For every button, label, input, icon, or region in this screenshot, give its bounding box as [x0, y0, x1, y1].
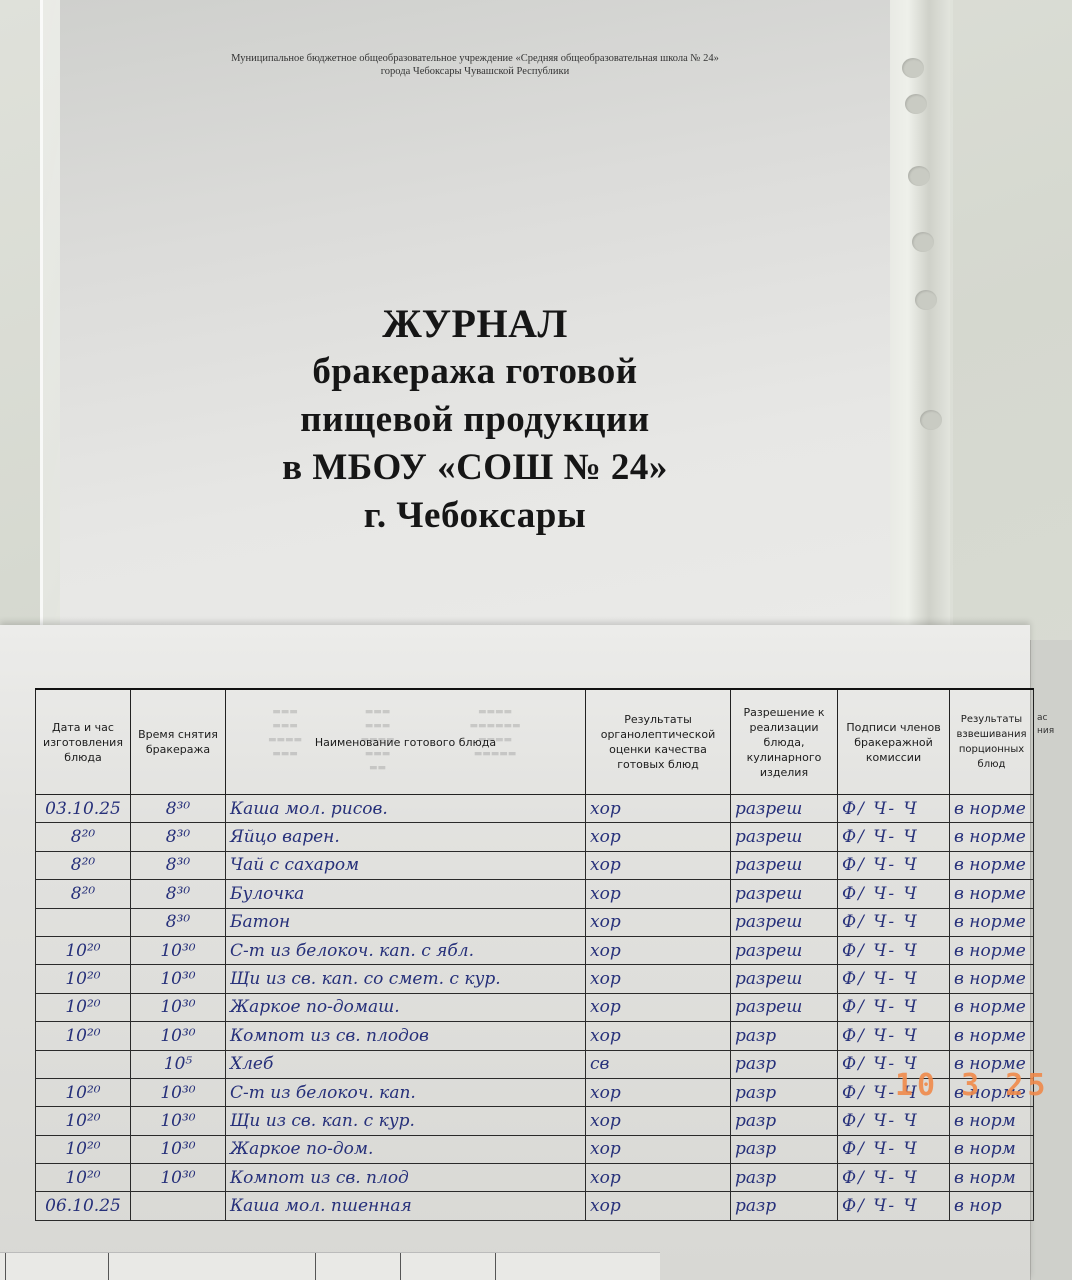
- cell-weighing: в норме: [950, 965, 1034, 993]
- punch-hole: [908, 166, 930, 186]
- cell-time: 10³⁰: [131, 1135, 226, 1163]
- cell-dish: С-т из белокоч. кап.: [226, 1078, 586, 1106]
- cell-weighing: в норме: [950, 936, 1034, 964]
- cell-organoleptic: хор: [586, 880, 731, 908]
- cell-weighing: в норме: [950, 795, 1034, 823]
- cell-weighing: в норм: [950, 1135, 1034, 1163]
- table-row: 8²⁰8³⁰Чай с сахаромхорразрешФ/ Ч- Чв нор…: [36, 851, 1034, 879]
- cell-permission: разр: [731, 1164, 838, 1192]
- cell-time: 10³⁰: [131, 965, 226, 993]
- cell-signatures: Ф/ Ч- Ч: [838, 880, 950, 908]
- cell-organoleptic: хор: [586, 1192, 731, 1220]
- cell-weighing: в норме: [950, 1022, 1034, 1050]
- cell-permission: разреш: [731, 795, 838, 823]
- cell-organoleptic: хор: [586, 908, 731, 936]
- cell-date: [36, 1050, 131, 1078]
- cell-organoleptic: хор: [586, 1107, 731, 1135]
- header-fragment: ния: [1037, 725, 1054, 738]
- cell-organoleptic: хор: [586, 965, 731, 993]
- table-row: 10²⁰10³⁰Щи из св. кап. со смет. с кур.хо…: [36, 965, 1034, 993]
- cell-date: 03.10.25: [36, 795, 131, 823]
- sheet-protector-binding-strip: [880, 0, 950, 640]
- cell-dish: Батон: [226, 908, 586, 936]
- cell-weighing: в норм: [950, 1107, 1034, 1135]
- cell-signatures: Ф/ Ч- Ч: [838, 1022, 950, 1050]
- cell-dish: Компот из св. плод: [226, 1164, 586, 1192]
- cell-date: 10²⁰: [36, 1022, 131, 1050]
- table-row: 03.10.258³⁰Каша мол. рисов.хорразрешФ/ Ч…: [36, 795, 1034, 823]
- cell-time: 10³⁰: [131, 936, 226, 964]
- punch-hole: [912, 232, 934, 252]
- title-line: г. Чебоксары: [60, 492, 890, 540]
- table-row: 10²⁰10³⁰С-т из белокоч. кап. с ябл.хорра…: [36, 936, 1034, 964]
- cell-weighing: в норм: [950, 1164, 1034, 1192]
- brakerage-log-table: Дата и час изготовления блюда Время снят…: [35, 688, 1034, 1221]
- cell-organoleptic: хор: [586, 993, 731, 1021]
- cell-date: 06.10.25: [36, 1192, 131, 1220]
- cell-date: [36, 908, 131, 936]
- cell-signatures: Ф/ Ч- Ч: [838, 823, 950, 851]
- cell-time: 8³⁰: [131, 908, 226, 936]
- cell-organoleptic: хор: [586, 851, 731, 879]
- cell-time: 10³⁰: [131, 1078, 226, 1106]
- cell-dish: Каша мол. пшенная: [226, 1192, 586, 1220]
- cell-time: [131, 1192, 226, 1220]
- cell-signatures: Ф/ Ч- Ч: [838, 993, 950, 1021]
- cell-dish: Яйцо варен.: [226, 823, 586, 851]
- cell-time: 8³⁰: [131, 823, 226, 851]
- table-row: 10²⁰10³⁰Компот из св. плодовхорразрФ/ Ч-…: [36, 1022, 1034, 1050]
- cell-permission: разреш: [731, 851, 838, 879]
- cell-permission: разреш: [731, 908, 838, 936]
- cell-organoleptic: св: [586, 1050, 731, 1078]
- cell-date: 10²⁰: [36, 1164, 131, 1192]
- cell-permission: разреш: [731, 823, 838, 851]
- institution-line-1: Муниципальное бюджетное общеобразователь…: [60, 52, 890, 65]
- title-line: пищевой продукции: [60, 396, 890, 444]
- cell-organoleptic: хор: [586, 823, 731, 851]
- cell-date: 10²⁰: [36, 1078, 131, 1106]
- col-header-permission: Разрешение к реализации блюда, кулинарно…: [731, 689, 838, 795]
- cell-organoleptic: хор: [586, 1135, 731, 1163]
- table-row: 10²⁰10³⁰Жаркое по-дом.хорразрФ/ Ч- Чв но…: [36, 1135, 1034, 1163]
- cell-time: 10³⁰: [131, 1022, 226, 1050]
- col-header-time: Время снятия бракеража: [131, 689, 226, 795]
- title-line: бракеража готовой: [60, 348, 890, 396]
- cell-signatures: Ф/ Ч- Ч: [838, 965, 950, 993]
- cell-signatures: Ф/ Ч- Ч: [838, 936, 950, 964]
- next-page-header-fragment: ас ния: [1037, 712, 1054, 738]
- cell-date: 10²⁰: [36, 1107, 131, 1135]
- journal-cover-page: Муниципальное бюджетное общеобразователь…: [60, 0, 890, 640]
- institution-line-2: города Чебоксары Чувашской Республики: [60, 65, 890, 78]
- cell-weighing: в нор: [950, 1192, 1034, 1220]
- punch-hole: [905, 94, 927, 114]
- table-header-row: Дата и час изготовления блюда Время снят…: [36, 689, 1034, 795]
- cell-signatures: Ф/ Ч- Ч: [838, 908, 950, 936]
- cell-permission: разр: [731, 1078, 838, 1106]
- table-row: 10²⁰10³⁰Жаркое по-домаш.хорразрешФ/ Ч- Ч…: [36, 993, 1034, 1021]
- cell-time: 10⁵: [131, 1050, 226, 1078]
- cell-dish: Щи из св. кап. с кур.: [226, 1107, 586, 1135]
- cell-time: 8³⁰: [131, 880, 226, 908]
- institution-header: Муниципальное бюджетное общеобразователь…: [60, 52, 890, 78]
- punch-hole: [920, 410, 942, 430]
- table-row: 10²⁰10³⁰Щи из св. кап. с кур.хорразрФ/ Ч…: [36, 1107, 1034, 1135]
- col-header-date: Дата и час изготовления блюда: [36, 689, 131, 795]
- cell-organoleptic: хор: [586, 1078, 731, 1106]
- title-line: в МБОУ «СОШ № 24»: [60, 444, 890, 492]
- title-line: ЖУРНАЛ: [60, 300, 890, 348]
- cell-date: 10²⁰: [36, 1135, 131, 1163]
- cell-dish: Жаркое по-домаш.: [226, 993, 586, 1021]
- cell-permission: разр: [731, 1050, 838, 1078]
- cell-dish: Хлеб: [226, 1050, 586, 1078]
- cell-dish: Компот из св. плодов: [226, 1022, 586, 1050]
- cell-permission: разреш: [731, 965, 838, 993]
- cell-date: 8²⁰: [36, 880, 131, 908]
- punch-hole: [915, 290, 937, 310]
- cell-signatures: Ф/ Ч- Ч: [838, 795, 950, 823]
- cell-weighing: в норме: [950, 880, 1034, 908]
- cell-weighing: в норме: [950, 993, 1034, 1021]
- cell-time: 10³⁰: [131, 1164, 226, 1192]
- cell-permission: разр: [731, 1192, 838, 1220]
- table-row: 8²⁰8³⁰БулочкахорразрешФ/ Ч- Чв норме: [36, 880, 1034, 908]
- cell-dish: Жаркое по-дом.: [226, 1135, 586, 1163]
- cell-weighing: в норме: [950, 908, 1034, 936]
- table-row: 10²⁰10³⁰С-т из белокоч. кап.хорразрФ/ Ч-…: [36, 1078, 1034, 1106]
- cell-organoleptic: хор: [586, 1164, 731, 1192]
- header-fragment: ас: [1037, 712, 1054, 725]
- table-row: 8³⁰БатонхорразрешФ/ Ч- Чв норме: [36, 908, 1034, 936]
- cell-signatures: Ф/ Ч- Ч: [838, 851, 950, 879]
- cell-dish: Щи из св. кап. со смет. с кур.: [226, 965, 586, 993]
- col-header-organoleptic: Результаты органолептической оценки каче…: [586, 689, 731, 795]
- cell-dish: С-т из белокоч. кап. с ябл.: [226, 936, 586, 964]
- cell-signatures: Ф/ Ч- Ч: [838, 1164, 950, 1192]
- table-row: 10⁵ХлебсвразрФ/ Ч- Чв норме: [36, 1050, 1034, 1078]
- col-header-signatures: Подписи членов бракеражной комиссии: [838, 689, 950, 795]
- cell-time: 8³⁰: [131, 851, 226, 879]
- cell-weighing: в норме: [950, 823, 1034, 851]
- journal-title: ЖУРНАЛ бракеража готовой пищевой продукц…: [60, 300, 890, 540]
- cell-time: 10³⁰: [131, 993, 226, 1021]
- cell-organoleptic: хор: [586, 936, 731, 964]
- cell-date: 8²⁰: [36, 823, 131, 851]
- cell-permission: разр: [731, 1135, 838, 1163]
- cell-dish: Булочка: [226, 880, 586, 908]
- col-header-weighing: Результаты взвешивания порционных блюд: [950, 689, 1034, 795]
- cell-permission: разреш: [731, 880, 838, 908]
- cell-permission: разр: [731, 1107, 838, 1135]
- cell-signatures: Ф/ Ч- Ч: [838, 1192, 950, 1220]
- cell-signatures: Ф/ Ч- Ч: [838, 1135, 950, 1163]
- cell-date: 10²⁰: [36, 936, 131, 964]
- cell-time: 8³⁰: [131, 795, 226, 823]
- cell-signatures: Ф/ Ч- Ч: [838, 1107, 950, 1135]
- cell-permission: разреш: [731, 993, 838, 1021]
- table-row: 8²⁰8³⁰Яйцо варен.хорразрешФ/ Ч- Чв норме: [36, 823, 1034, 851]
- cell-time: 10³⁰: [131, 1107, 226, 1135]
- cell-dish: Каша мол. рисов.: [226, 795, 586, 823]
- cell-dish: Чай с сахаром: [226, 851, 586, 879]
- table-row: 10²⁰10³⁰Компот из св. плодхорразрФ/ Ч- Ч…: [36, 1164, 1034, 1192]
- cell-organoleptic: хор: [586, 795, 731, 823]
- photo-date-stamp: 10 3 25: [895, 1068, 1049, 1103]
- bottom-overlapping-sheet: [0, 1252, 660, 1280]
- cell-organoleptic: хор: [586, 1022, 731, 1050]
- table-row: 06.10.25Каша мол. пшеннаяхорразрФ/ Ч- Чв…: [36, 1192, 1034, 1220]
- punch-hole: [902, 58, 924, 78]
- cell-permission: разреш: [731, 936, 838, 964]
- cell-weighing: в норме: [950, 851, 1034, 879]
- cell-date: 10²⁰: [36, 993, 131, 1021]
- col-header-dish: Наименование готового блюда: [226, 689, 586, 795]
- cell-date: 8²⁰: [36, 851, 131, 879]
- cell-permission: разр: [731, 1022, 838, 1050]
- cell-date: 10²⁰: [36, 965, 131, 993]
